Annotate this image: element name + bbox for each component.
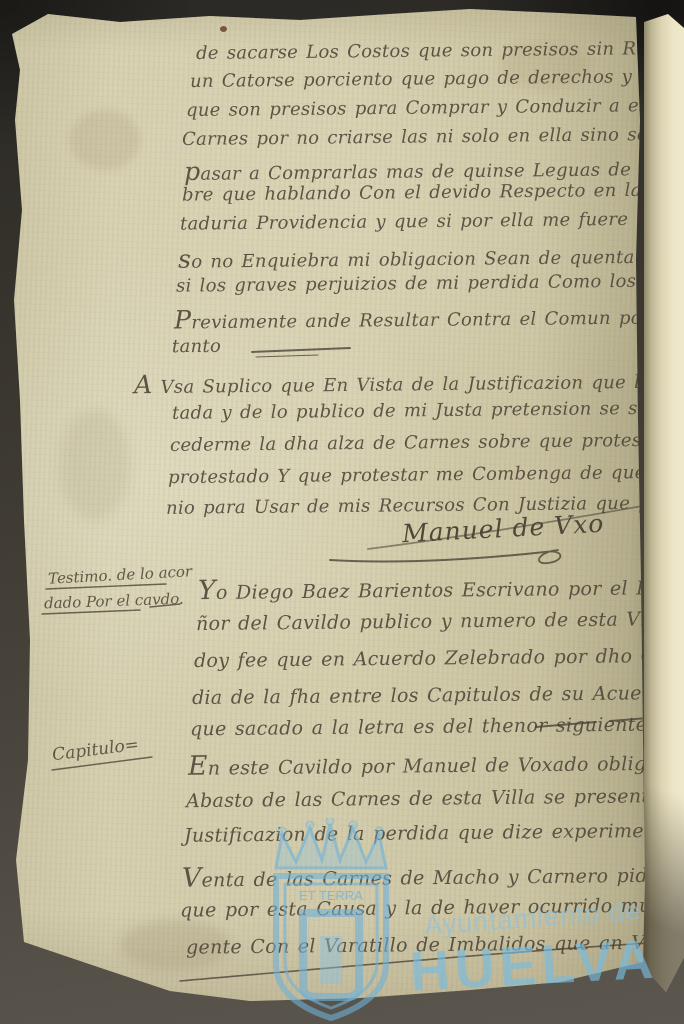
manuscript-line: Venta de las Carnes de Macho y Carnero p… — [182, 857, 684, 893]
manuscript-line: tada y de lo publico de mi Justa pretens… — [172, 397, 684, 424]
manuscript-line: Carnes por no criarse las ni solo en ell… — [182, 123, 684, 150]
manuscript-line: Yo Diego Baez Barientos Escrivano por el… — [198, 569, 684, 606]
manuscript-line: dia de la fha entre los Capitulos de su … — [192, 681, 684, 709]
adjacent-folio-edge — [644, 14, 684, 1002]
manuscript-page: de sacarse Los Costos que son presisos s… — [0, 0, 684, 1024]
manuscript-line: si los graves perjuizios de mi perdida C… — [176, 270, 679, 296]
paper-blotch — [60, 410, 130, 520]
manuscript-line: que sacado a la letra es del thenor sigu… — [190, 714, 647, 741]
manuscript-line: protestado Y que protestar me Combenga d… — [168, 461, 684, 488]
ink-spot — [220, 26, 227, 32]
manuscript-line: doy fee que en Acuerdo Zelebrado por dho… — [194, 644, 684, 672]
manuscript-line: un Catorse porciento que pago de derecho… — [190, 65, 684, 92]
manuscript-line: de sacarse Los Costos que son presisos s… — [196, 37, 684, 64]
manuscript-line: Previamente ande Resultar Contra el Comu… — [174, 301, 651, 335]
manuscript-line: tanto — [172, 336, 221, 358]
margin-note-capitulo: Capitulo= — [51, 735, 140, 765]
manuscript-line: ñor del Cavildo publico y numero de esta… — [196, 607, 684, 635]
margin-note-testimonio: dado Por el cavdo. — [44, 590, 184, 613]
manuscript-line: gente Con el Varatillo de Imbalidos que … — [186, 931, 684, 958]
manuscript-line: Abasto de las Carnes de esta Villa se pr… — [186, 784, 684, 812]
manuscript-line: taduria Providencia y que si por ella me… — [180, 208, 684, 234]
margin-note-testimonio: Testimo. de lo acor — [48, 562, 193, 588]
manuscript-line: so no Enquiebra mi obligacion Sean de qu… — [178, 239, 684, 273]
manuscript-line: bre que hablando Con el devido Respecto … — [182, 179, 684, 205]
manuscript-line: que por esta Causa y la de haver ocurrid… — [180, 894, 684, 921]
manuscript-line: cederme la dha alza de Carnes sobre que … — [170, 429, 684, 456]
paper-blotch — [70, 110, 140, 170]
manuscript-line: Justificazion de la perdida que dize exp… — [184, 819, 684, 847]
manuscript-line: En este Cavildo por Manuel de Voxado obl… — [188, 745, 684, 782]
manuscript-line: A Vsa Suplico que En Vista de la Justifi… — [134, 364, 684, 399]
manuscript-line: nio para Usar de mis Recursos Con Justiz… — [166, 492, 684, 519]
manuscript-line: que son presisos para Comprar y Conduzir… — [186, 94, 684, 121]
